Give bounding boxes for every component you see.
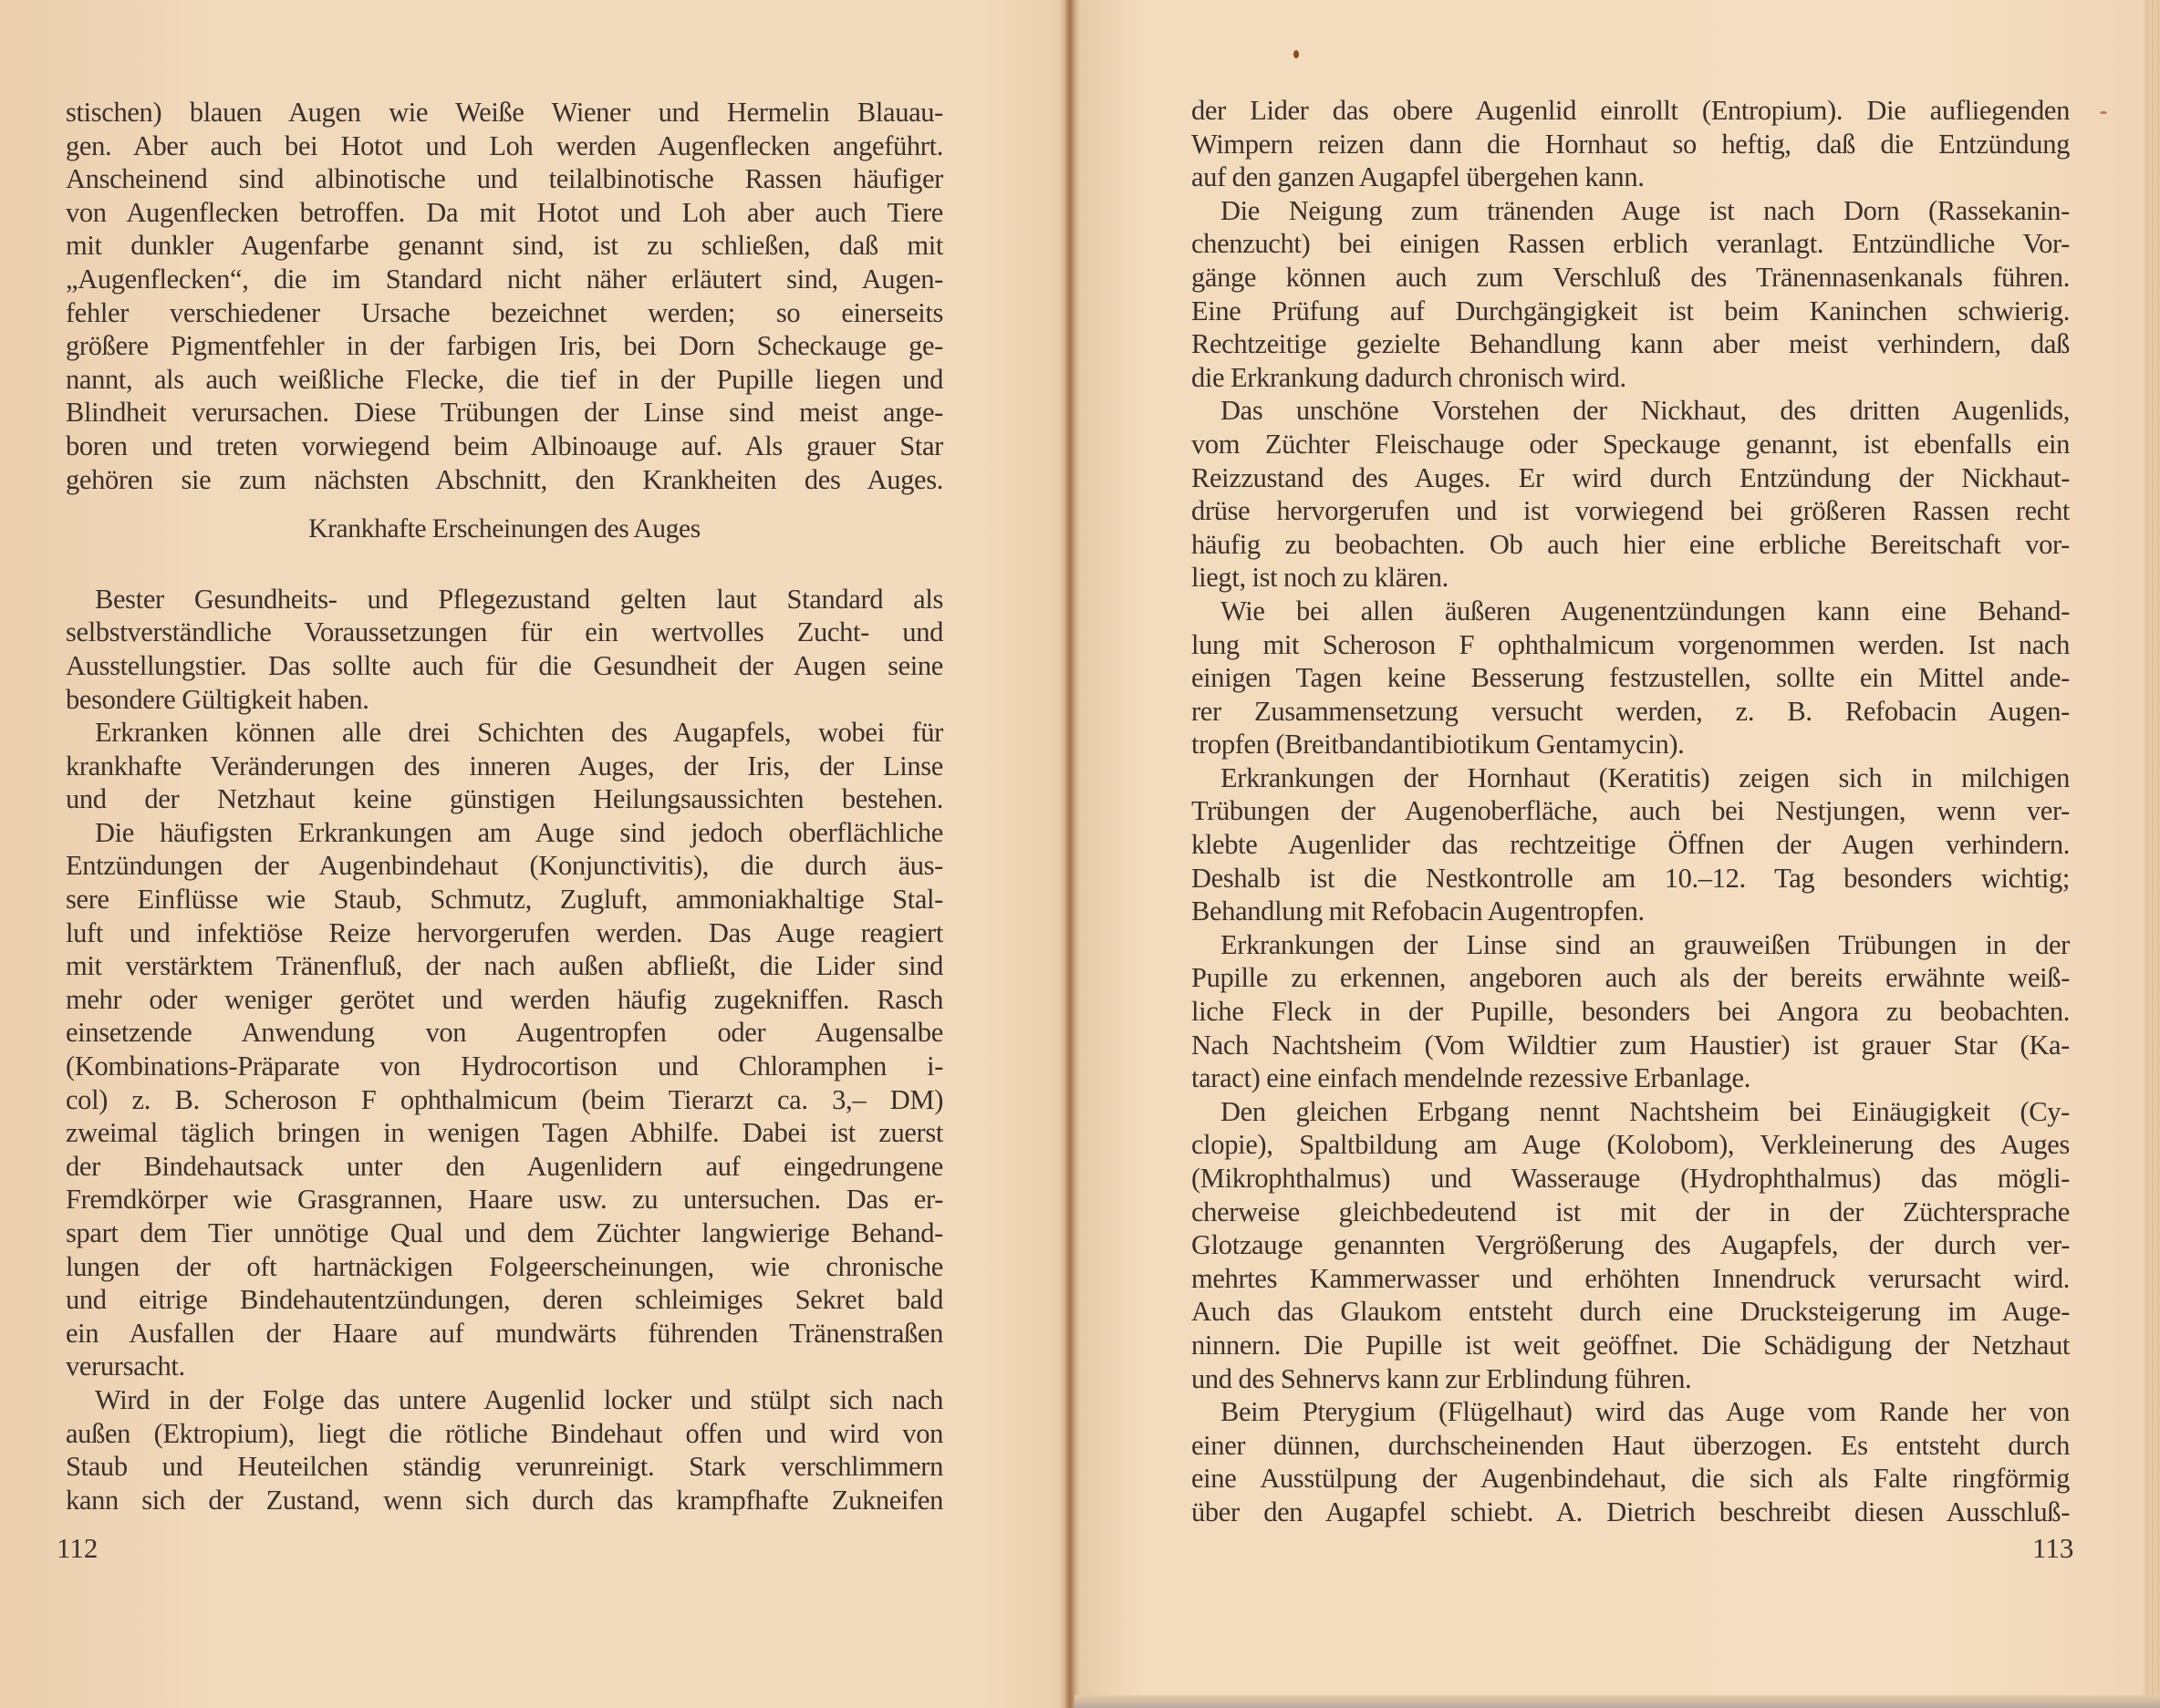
text-line: Behandlung mit Refobacin Augentropfen.	[1191, 895, 2070, 928]
text-line: Das unschöne Vorstehen der Nickhaut, des…	[1191, 394, 2070, 428]
text-line: gehören sie zum nächsten Abschnitt, den …	[66, 463, 943, 497]
text-line: (Mikrophthalmus) und Wasserauge (Hydroph…	[1191, 1162, 2070, 1196]
text-line: gen. Aber auch bei Hotot und Loh werden …	[66, 129, 943, 163]
text-line: einer dünnen, durchscheinenden Haut über…	[1191, 1429, 2070, 1463]
text-line: lung mit Scheroson F ophthalmicum vorgen…	[1191, 628, 2070, 662]
page-bottom-edge	[1075, 1695, 2160, 1708]
text-line: spart dem Tier unnötige Qual und dem Züc…	[66, 1216, 943, 1250]
text-line: mit verstärktem Tränenfluß, der nach auß…	[66, 949, 943, 983]
book-gutter-fold	[1065, 0, 1075, 1708]
paper-stain-mark	[1293, 50, 1299, 58]
text-line: nannt, als auch weißliche Flecke, die ti…	[66, 363, 943, 397]
text-line: drüse hervorgerufen und ist vorwiegend b…	[1191, 494, 2070, 528]
text-line: gänge können auch zum Verschluß des Trän…	[1191, 261, 2070, 295]
text-line: Rechtzeitige gezielte Behandlung kann ab…	[1191, 327, 2070, 361]
text-line: einigen Tagen keine Besserung festzustel…	[1191, 661, 2070, 695]
text-line: mehrtes Kammerwasser und erhöhten Innend…	[1191, 1262, 2070, 1296]
text-line: größere Pigmentfehler in der farbigen Ir…	[66, 329, 943, 363]
text-line: Nach Nachtsheim (Vom Wildtier zum Hausti…	[1191, 1029, 2070, 1062]
text-line: tropfen (Breitbandantibiotikum Gentamyci…	[1191, 728, 2070, 761]
text-line: Die häufigsten Erkrankungen am Auge sind…	[66, 816, 943, 850]
right-page: der Lider das obere Augenlid einrollt (E…	[1075, 0, 2160, 1708]
page-number-right: 113	[2032, 1532, 2073, 1565]
text-line: ninnern. Die Pupille ist weit geöffnet. …	[1191, 1329, 2070, 1362]
text-line: chenzucht) bei einigen Rassen erblich ve…	[1191, 227, 2070, 261]
text-line: mehr oder weniger gerötet und werden häu…	[66, 983, 943, 1017]
paper-stain-mark	[2100, 111, 2107, 114]
text-line: sere Einflüsse wie Staub, Schmutz, Zuglu…	[66, 883, 943, 916]
text-line: die Erkrankung dadurch chronisch wird.	[1191, 361, 2070, 395]
text-line: Wird in der Folge das untere Augenlid lo…	[66, 1383, 943, 1417]
text-line: Auch das Glaukom entsteht durch eine Dru…	[1191, 1295, 2070, 1329]
text-line: außen (Ektropium), liegt die rötliche Bi…	[66, 1417, 943, 1451]
text-line: vom Züchter Fleischauge oder Speckauge g…	[1191, 428, 2070, 461]
text-line: Wimpern reizen dann die Hornhaut so heft…	[1191, 128, 2070, 161]
text-line: einsetzende Anwendung von Augentropfen o…	[66, 1016, 943, 1050]
text-line: von Augenflecken betroffen. Da mit Hotot…	[66, 196, 943, 230]
text-line: ein Ausfallen der Haare auf mundwärts fü…	[66, 1317, 943, 1351]
text-line: und des Sehnervs kann zur Erblindung füh…	[1191, 1362, 2070, 1396]
text-line: häufig zu beobachten. Ob auch hier eine …	[1191, 528, 2070, 562]
text-line: der Lider das obere Augenlid einrollt (E…	[1191, 94, 2070, 128]
right-page-text: der Lider das obere Augenlid einrollt (E…	[1191, 94, 2070, 1529]
text-line: Erkrankungen der Linse sind an grauweiße…	[1191, 928, 2070, 962]
text-line: fehler verschiedener Ursache bezeichnet …	[66, 296, 943, 330]
text-line: Fremdkörper wie Grasgrannen, Haare usw. …	[66, 1183, 943, 1216]
text-line: „Augenflecken“, die im Standard nicht nä…	[66, 263, 943, 296]
text-line: taract) eine einfach mendelnde rezessive…	[1191, 1061, 2070, 1095]
text-line: selbstverständliche Voraussetzungen für …	[66, 616, 943, 649]
text-line: col) z. B. Scheroson F ophthalmicum (bei…	[66, 1083, 943, 1117]
text-line: Bester Gesundheits- und Pflegezustand ge…	[66, 583, 943, 616]
text-line: rer Zusammensetzung versucht werden, z. …	[1191, 695, 2070, 729]
text-line: lungen der oft hartnäckigen Folgeerschei…	[66, 1250, 943, 1284]
left-paragraphs-after-heading: Bester Gesundheits- und Pflegezustand ge…	[66, 583, 943, 1517]
text-line: Pupille zu erkennen, angeboren auch als …	[1191, 961, 2070, 995]
right-paragraphs: der Lider das obere Augenlid einrollt (E…	[1191, 94, 2070, 1529]
page-number-left: 112	[57, 1532, 98, 1565]
text-line: Beim Pterygium (Flügelhaut) wird das Aug…	[1191, 1395, 2070, 1429]
text-line: Erkranken können alle drei Schichten des…	[66, 716, 943, 750]
text-line: Glotzauge genannten Vergrößerung des Aug…	[1191, 1228, 2070, 1262]
text-line: Wie bei allen äußeren Augenentzündungen …	[1191, 595, 2070, 628]
text-line: Reizzustand des Auges. Er wird durch Ent…	[1191, 461, 2070, 495]
left-paragraphs-before-heading: stischen) blauen Augen wie Weiße Wiener …	[66, 96, 943, 496]
text-line: Entzündungen der Augenbindehaut (Konjunc…	[66, 849, 943, 883]
text-line: Ausstellungstier. Das sollte auch für di…	[66, 649, 943, 683]
text-line: Staub und Heuteilchen ständig verunreini…	[66, 1450, 943, 1484]
text-line: besondere Gültigkeit haben.	[66, 683, 943, 717]
text-line: Erkrankungen der Hornhaut (Keratitis) ze…	[1191, 761, 2070, 795]
text-line: Den gleichen Erbgang nennt Nachtsheim be…	[1191, 1095, 2070, 1129]
text-line: liche Fleck in der Pupille, besonders be…	[1191, 995, 2070, 1029]
text-line: cherweise gleichbedeutend ist mit der in…	[1191, 1196, 2070, 1229]
text-line: klebte Augenlider das rechtzeitige Öffne…	[1191, 828, 2070, 862]
left-page-text: stischen) blauen Augen wie Weiße Wiener …	[66, 96, 943, 1516]
text-line: Die Neigung zum tränenden Auge ist nach …	[1191, 194, 2070, 228]
text-line: liegt, ist noch zu klären.	[1191, 561, 2070, 595]
text-line: der Bindehautsack unter den Augenlidern …	[66, 1150, 943, 1184]
text-line: Blindheit verursachen. Diese Trübungen d…	[66, 396, 943, 430]
text-line: eine Ausstülpung der Augenbindehaut, die…	[1191, 1462, 2070, 1496]
text-line: auf den ganzen Augapfel übergehen kann.	[1191, 160, 2070, 194]
text-line: Trübungen der Augenoberfläche, auch bei …	[1191, 794, 2070, 828]
text-line: verursacht.	[66, 1350, 943, 1383]
text-line: kann sich der Zustand, wenn sich durch d…	[66, 1484, 943, 1517]
text-line: Anscheinend sind albinotische und teilal…	[66, 162, 943, 196]
page-edge-stack	[2144, 0, 2160, 1708]
text-line: Deshalb ist die Nestkontrolle am 10.–12.…	[1191, 862, 2070, 895]
text-line: über den Augapfel schiebt. A. Dietrich b…	[1191, 1496, 2070, 1529]
text-line: boren und treten vorwiegend beim Albinoa…	[66, 430, 943, 463]
text-line: (Kombinations-Präparate von Hydrocortiso…	[66, 1050, 943, 1083]
text-line: und eitrige Bindehautentzündungen, deren…	[66, 1283, 943, 1317]
section-heading: Krankhafte Erscheinungen des Auges	[66, 512, 943, 546]
left-page: stischen) blauen Augen wie Weiße Wiener …	[0, 0, 1069, 1708]
text-line: krankhafte Veränderungen des inneren Aug…	[66, 750, 943, 783]
text-line: clopie), Spaltbildung am Auge (Kolobom),…	[1191, 1128, 2070, 1162]
text-line: luft und infektiöse Reize hervorgerufen …	[66, 916, 943, 950]
text-line: zweimal täglich bringen in wenigen Tagen…	[66, 1116, 943, 1150]
text-line: stischen) blauen Augen wie Weiße Wiener …	[66, 96, 943, 129]
text-line: mit dunkler Augenfarbe genannt sind, ist…	[66, 229, 943, 263]
text-line: und der Netzhaut keine günstigen Heilung…	[66, 782, 943, 816]
book-spread: stischen) blauen Augen wie Weiße Wiener …	[0, 0, 2160, 1708]
text-line: Eine Prüfung auf Durchgängigkeit ist bei…	[1191, 295, 2070, 328]
